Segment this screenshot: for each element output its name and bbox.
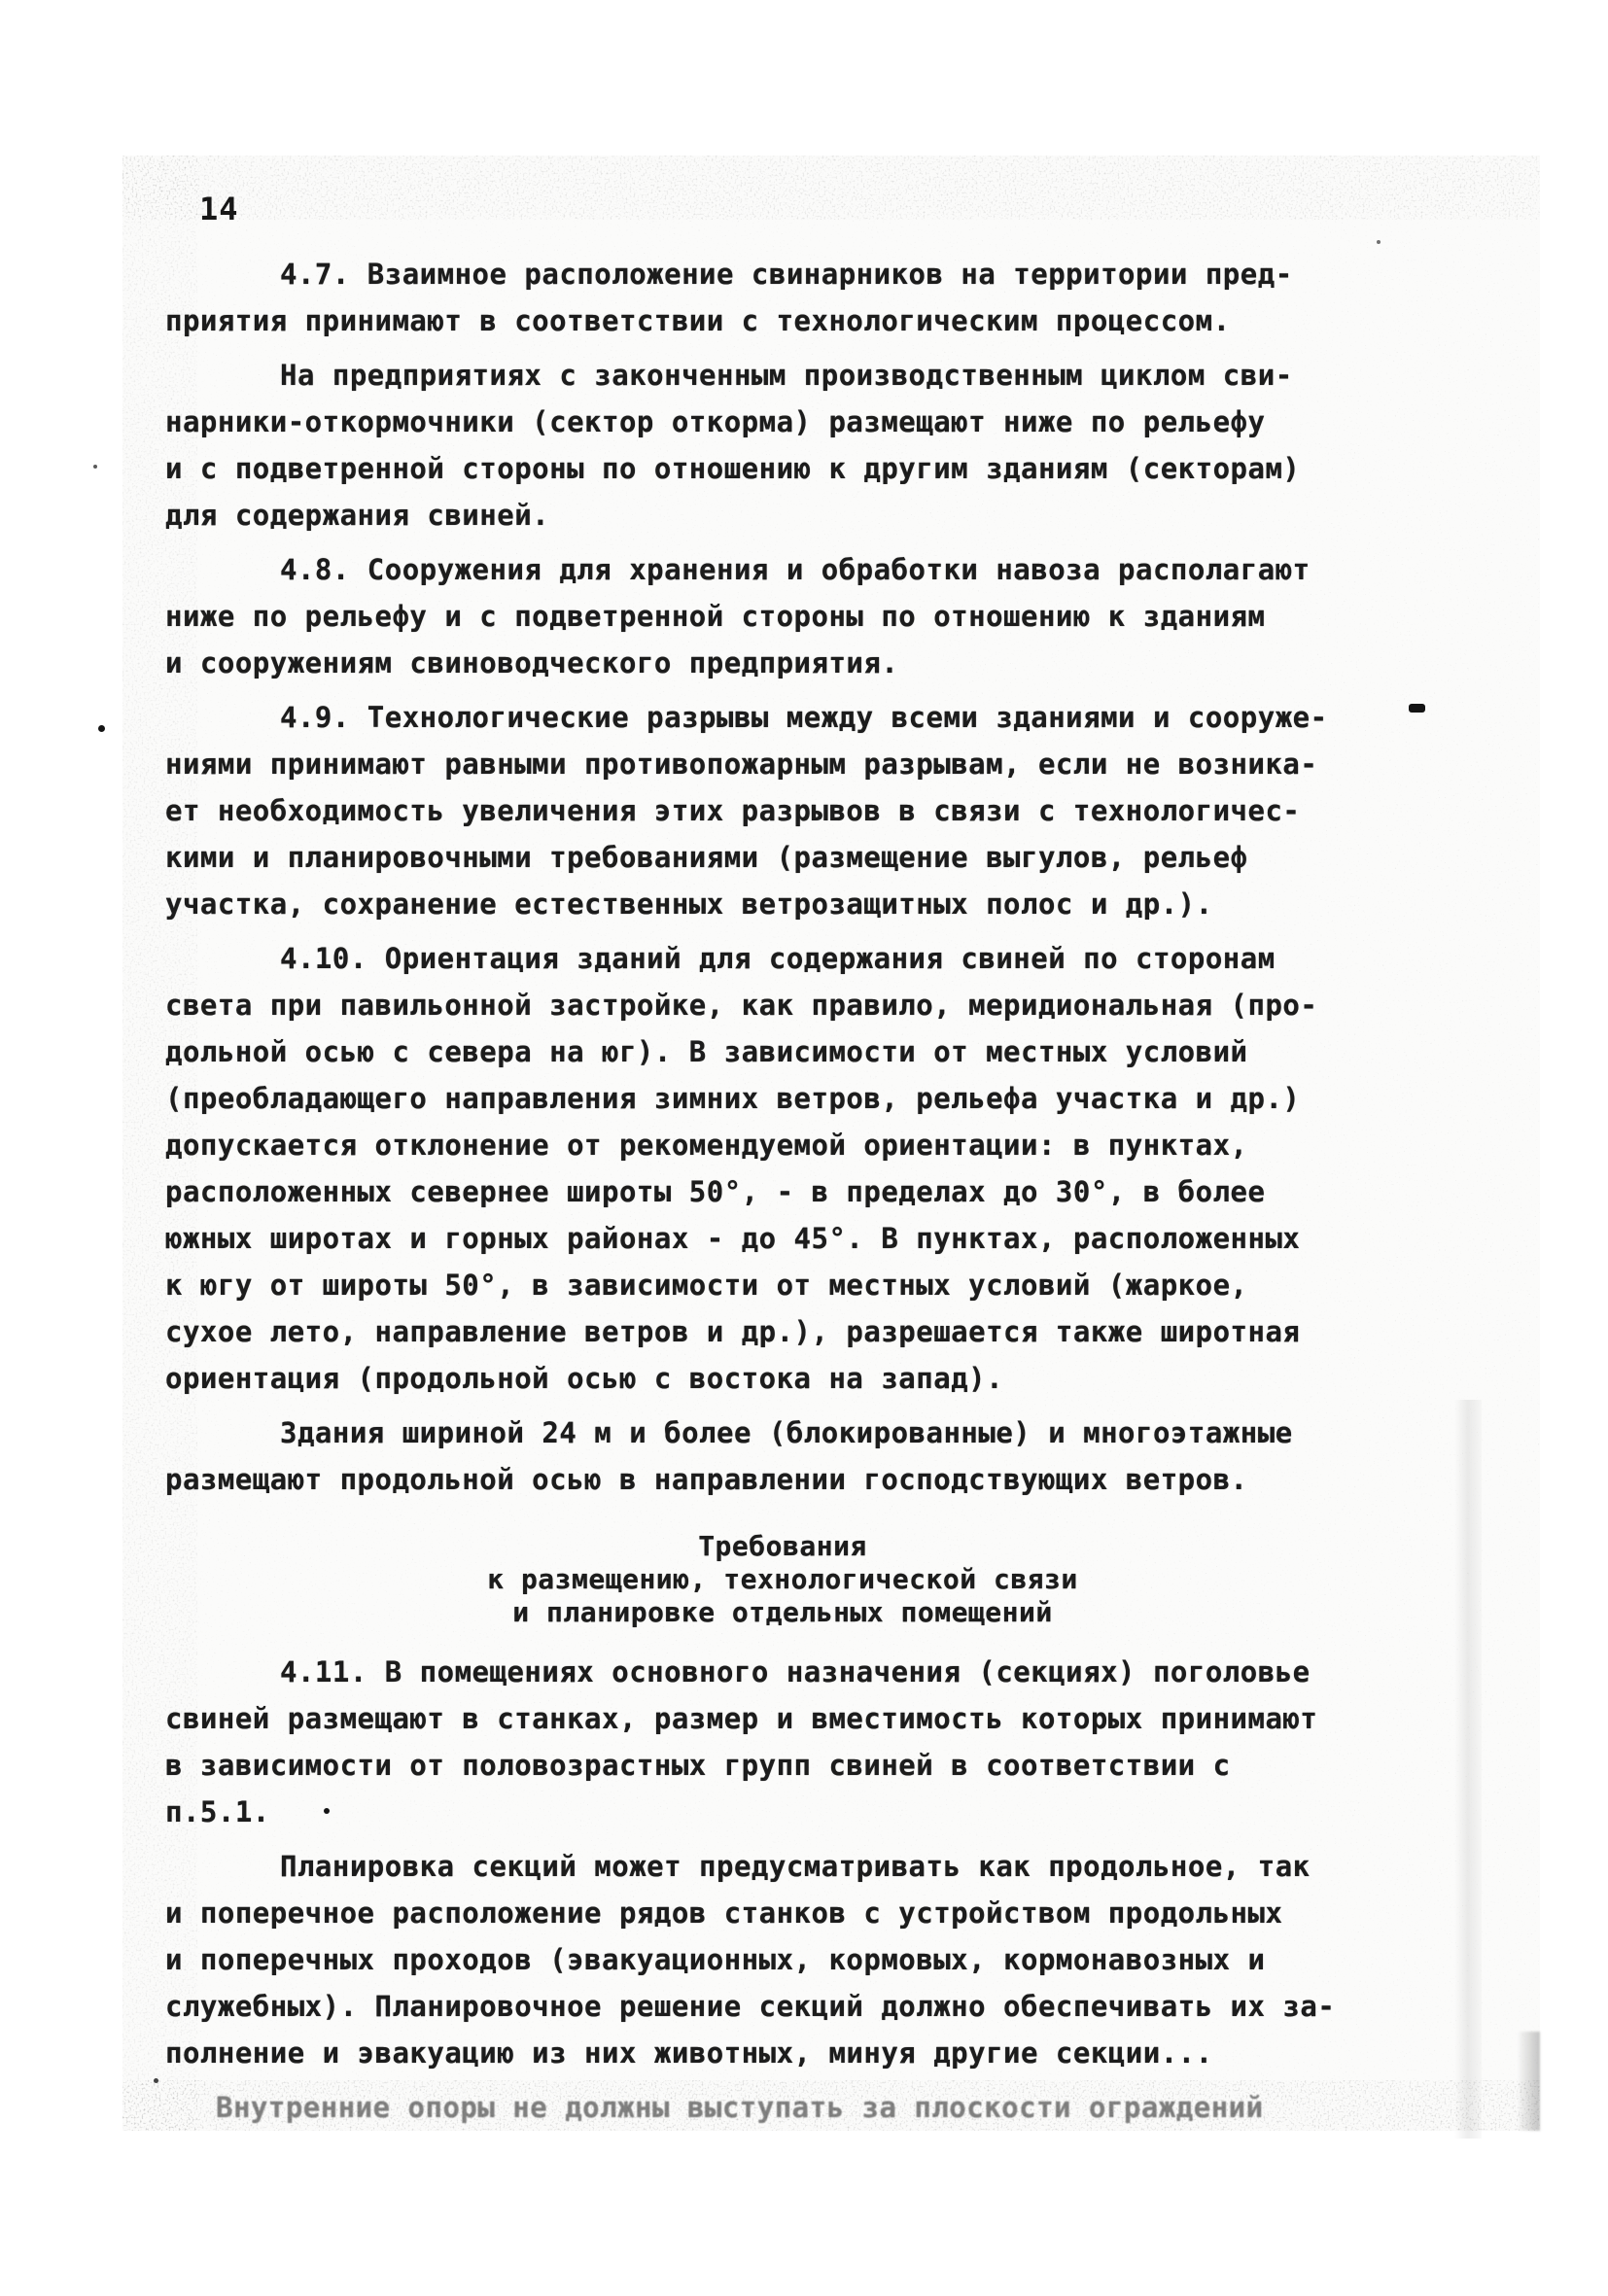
para-4-7-cont: На предприятиях с законченным производст… <box>165 352 1400 539</box>
ink-speck <box>324 1808 330 1814</box>
para-4-10: 4.10. Ориентация зданий для содержания с… <box>165 935 1400 1402</box>
scanned-document-page: 14 4.7. Взаимное расположение свинарнико… <box>0 0 1608 2296</box>
para-4-7: 4.7. Взаимное расположение свинарников н… <box>165 251 1400 344</box>
para-4-11: 4.11. В помещениях основного назначения … <box>165 1649 1400 1835</box>
para-buildings-24m: Здания шириной 24 м и более (блокированн… <box>165 1409 1400 1503</box>
ink-speck <box>1377 240 1381 244</box>
para-4-8: 4.8. Сооружения для хранения и обработки… <box>165 546 1400 686</box>
ink-speck <box>154 2078 158 2083</box>
para-section-layout: Планировка секций может предусматривать … <box>165 1843 1400 2076</box>
page-number: 14 <box>199 191 239 227</box>
scanner-corner-shadow <box>1519 2032 1540 2131</box>
ink-speck <box>98 725 105 732</box>
para-4-9: 4.9. Технологические разрывы между всеми… <box>165 694 1400 927</box>
ink-speck <box>1409 704 1425 713</box>
para-faint-last-line: Внутренние опоры не должны выступать за … <box>165 2084 1400 2131</box>
section-heading: Требования к размещению, технологической… <box>165 1530 1400 1629</box>
ink-speck <box>93 465 97 469</box>
scanner-shadow-band <box>1454 1400 1482 2139</box>
document-body: 4.7. Взаимное расположение свинарников н… <box>165 251 1400 2139</box>
